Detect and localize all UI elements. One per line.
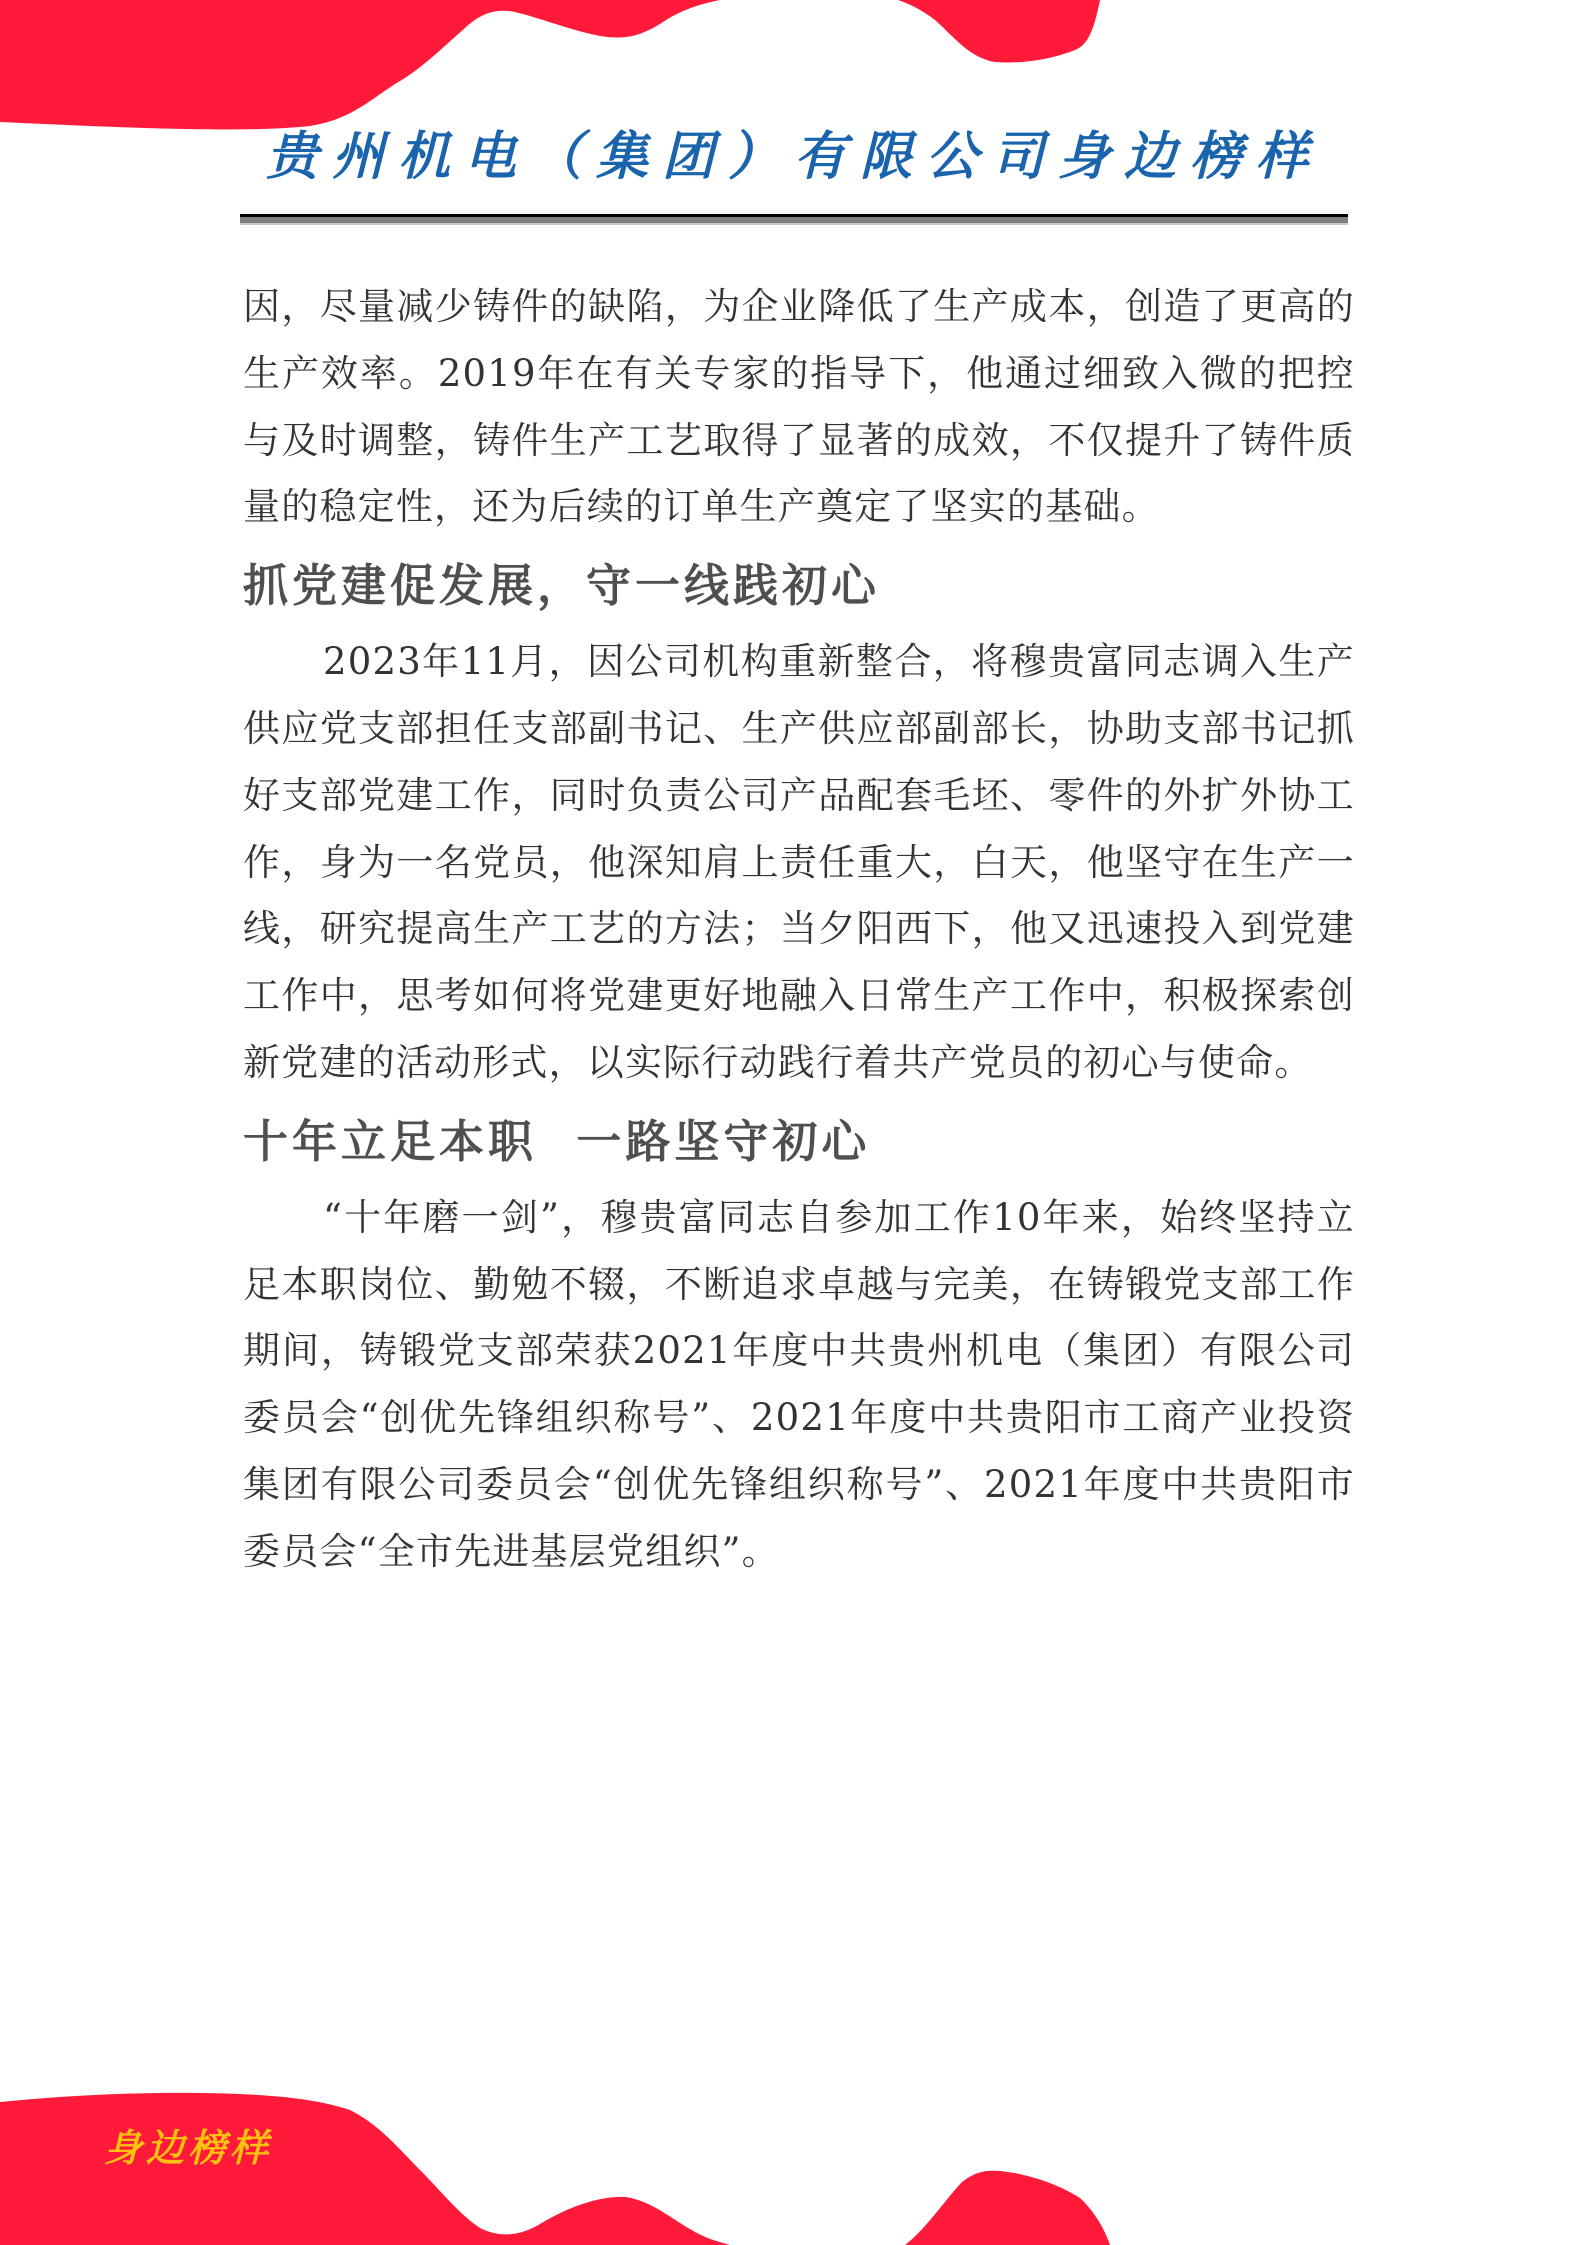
header-divider [240,214,1348,224]
header-divider-light-line [240,223,1348,225]
section-heading-ten-years: 十年立足本职 一路坚守初心 [243,1099,1355,1185]
paragraph-continued: 因，尽量减少铸件的缺陷，为企业降低了生产成本，创造了更高的生产效率。2019年在… [243,274,1355,541]
top-left-wave-shape [0,0,720,129]
paragraph-party-building: 2023年11月，因公司机构重新整合，将穆贵富同志调入生产供应党支部担任支部副书… [243,629,1355,1097]
top-right-wave-shape [898,0,1100,63]
article-body: 因，尽量减少铸件的缺陷，为企业降低了生产成本，创造了更高的生产效率。2019年在… [243,274,1355,1586]
footer-label: 身边榜样 [104,2124,272,2172]
section-heading-party-building: 抓党建促发展，守一线践初心 [243,543,1355,629]
page-header-title: 贵州机电（集团）有限公司身边榜样 [240,122,1348,192]
paragraph-ten-years: “十年磨一剑”，穆贵富同志自参加工作10年来，始终坚持立足本职岗位、勤勉不辍，不… [243,1185,1355,1586]
bottom-right-wave-shape [905,2171,1110,2245]
document-page: 贵州机电（集团）有限公司身边榜样 因，尽量减少铸件的缺陷，为企业降低了生产成本，… [0,0,1587,2245]
